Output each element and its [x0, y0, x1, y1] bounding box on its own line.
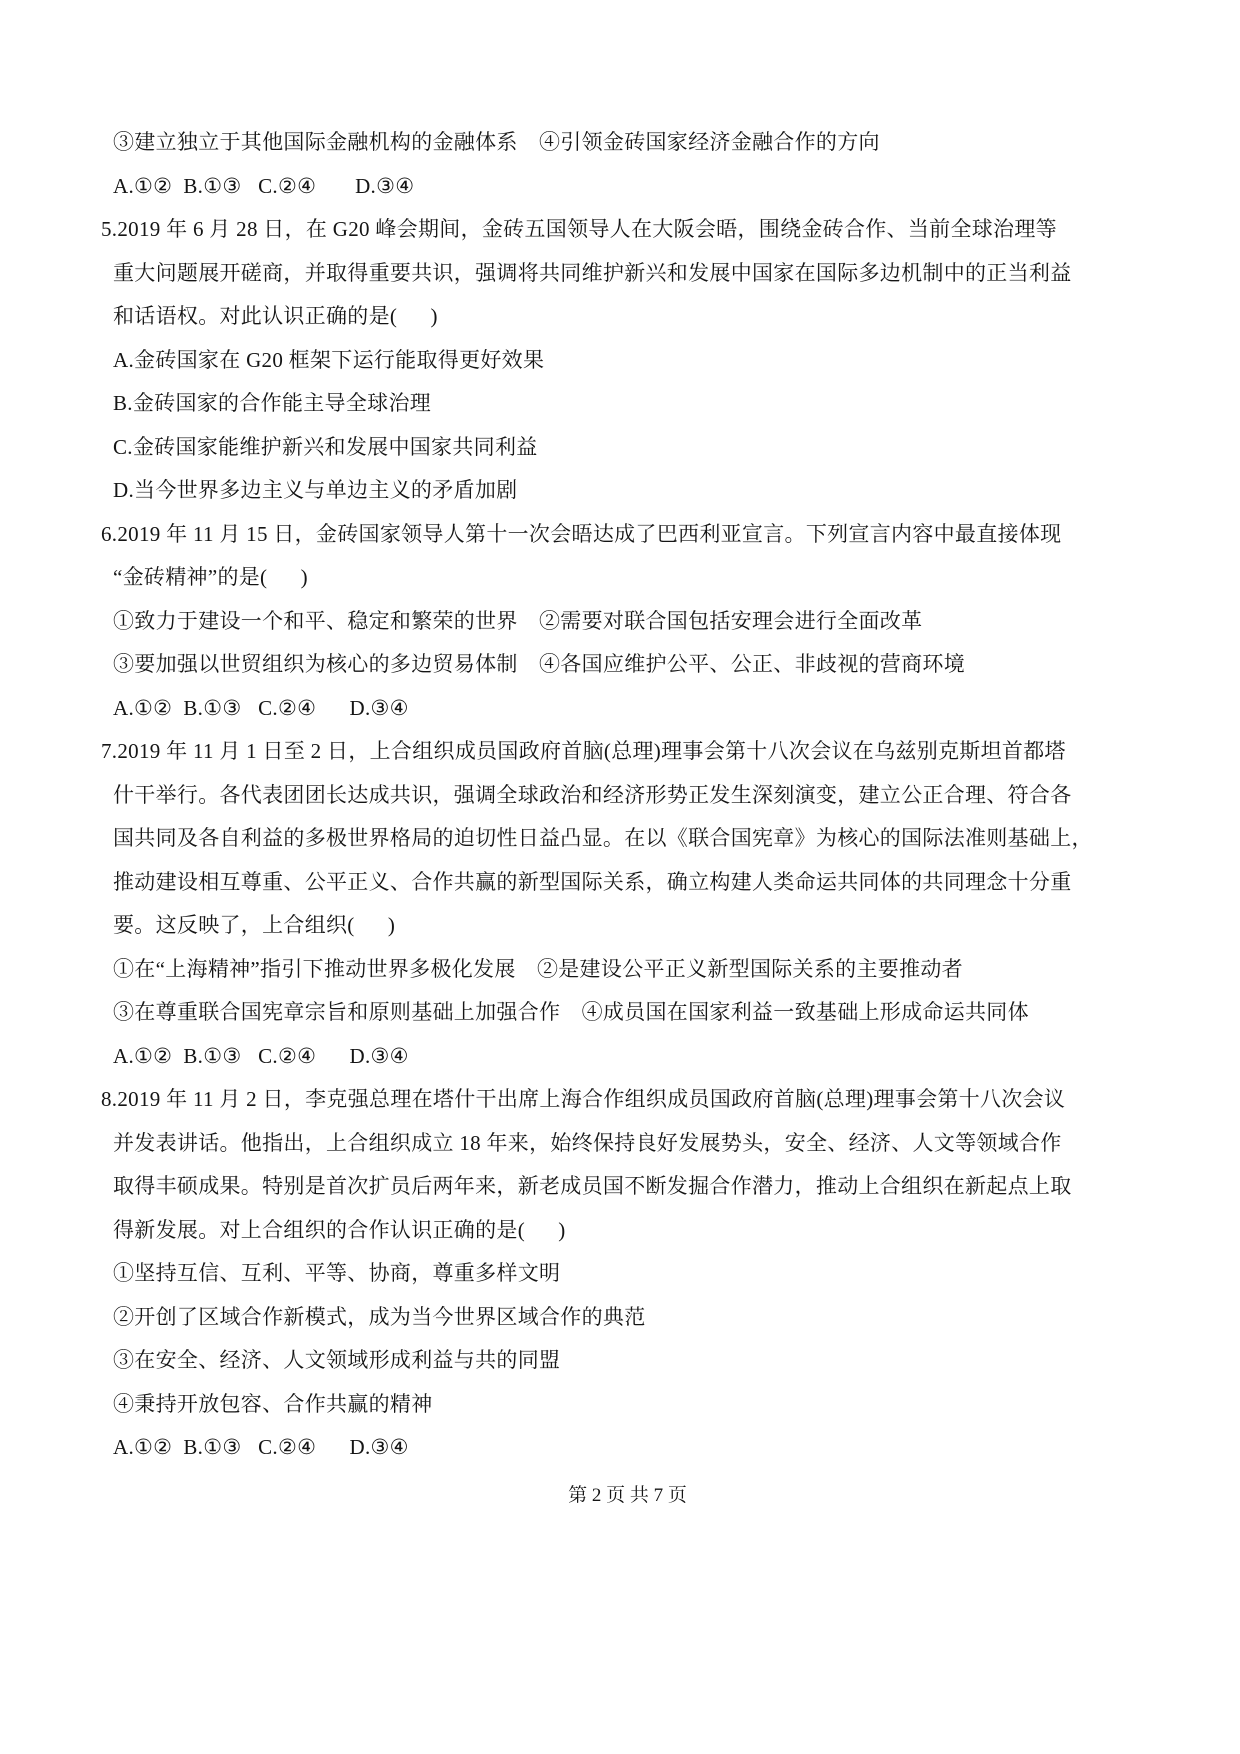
document-line: ③建立独立于其他国际金融机构的金融体系 ④引领金砖国家经济金融合作的方向: [101, 121, 1154, 165]
page-number-footer: 第 2 页 共 7 页: [101, 1474, 1154, 1518]
exam-paper-page: ③建立独立于其他国际金融机构的金融体系 ④引领金砖国家经济金融合作的方向A.①②…: [0, 0, 1240, 1754]
document-line: 国共同及各自利益的多极世界格局的迫切性日益凸显。在以《联合国宪章》为核心的国际法…: [101, 817, 1154, 861]
question-start-line: 6.2019 年 11 月 15 日，金砖国家领导人第十一次会晤达成了巴西利亚宣…: [101, 513, 1154, 557]
document-line: A.①② B.①③ C.②④ D.③④: [101, 1426, 1154, 1470]
document-line: 和话语权。对此认识正确的是( ): [101, 295, 1154, 339]
question-start-line: 8.2019 年 11 月 2 日，李克强总理在塔什干出席上海合作组织成员国政府…: [101, 1078, 1154, 1122]
question-text-block: ③建立独立于其他国际金融机构的金融体系 ④引领金砖国家经济金融合作的方向A.①②…: [101, 121, 1154, 1470]
document-line: A.①② B.①③ C.②④ D.③④: [101, 687, 1154, 731]
document-line: 并发表讲话。他指出，上合组织成立 18 年来，始终保持良好发展势头，安全、经济、…: [101, 1122, 1154, 1166]
document-line: “金砖精神”的是( ): [101, 556, 1154, 600]
document-line: ③在安全、经济、人文领域形成利益与共的同盟: [101, 1339, 1154, 1383]
document-line: ①在“上海精神”指引下推动世界多极化发展 ②是建设公平正义新型国际关系的主要推动…: [101, 948, 1154, 992]
document-line: 重大问题展开磋商，并取得重要共识，强调将共同维护新兴和发展中国家在国际多边机制中…: [101, 252, 1154, 296]
document-line: A.①② B.①③ C.②④ D.③④: [101, 165, 1154, 209]
document-line: ④秉持开放包容、合作共赢的精神: [101, 1383, 1154, 1427]
document-line: 得新发展。对上合组织的合作认识正确的是( ): [101, 1209, 1154, 1253]
document-line: 取得丰硕成果。特别是首次扩员后两年来，新老成员国不断发掘合作潜力，推动上合组织在…: [101, 1165, 1154, 1209]
document-line: B.金砖国家的合作能主导全球治理: [101, 382, 1154, 426]
document-line: 什干举行。各代表团团长达成共识，强调全球政治和经济形势正发生深刻演变，建立公正合…: [101, 774, 1154, 818]
document-line: C.金砖国家能维护新兴和发展中国家共同利益: [101, 426, 1154, 470]
document-line: ②开创了区域合作新模式，成为当今世界区域合作的典范: [101, 1296, 1154, 1340]
document-line: ③在尊重联合国宪章宗旨和原则基础上加强合作 ④成员国在国家利益一致基础上形成命运…: [101, 991, 1154, 1035]
question-start-line: 5.2019 年 6 月 28 日，在 G20 峰会期间，金砖五国领导人在大阪会…: [101, 208, 1154, 252]
document-line: ①致力于建设一个和平、稳定和繁荣的世界 ②需要对联合国包括安理会进行全面改革: [101, 600, 1154, 644]
document-line: ①坚持互信、互利、平等、协商，尊重多样文明: [101, 1252, 1154, 1296]
document-line: 要。这反映了，上合组织( ): [101, 904, 1154, 948]
document-line: ③要加强以世贸组织为核心的多边贸易体制 ④各国应维护公平、公正、非歧视的营商环境: [101, 643, 1154, 687]
document-line: 推动建设相互尊重、公平正义、合作共赢的新型国际关系，确立构建人类命运共同体的共同…: [101, 861, 1154, 905]
document-line: A.金砖国家在 G20 框架下运行能取得更好效果: [101, 339, 1154, 383]
question-start-line: 7.2019 年 11 月 1 日至 2 日，上合组织成员国政府首脑(总理)理事…: [101, 730, 1154, 774]
document-line: D.当今世界多边主义与单边主义的矛盾加剧: [101, 469, 1154, 513]
document-line: A.①② B.①③ C.②④ D.③④: [101, 1035, 1154, 1079]
